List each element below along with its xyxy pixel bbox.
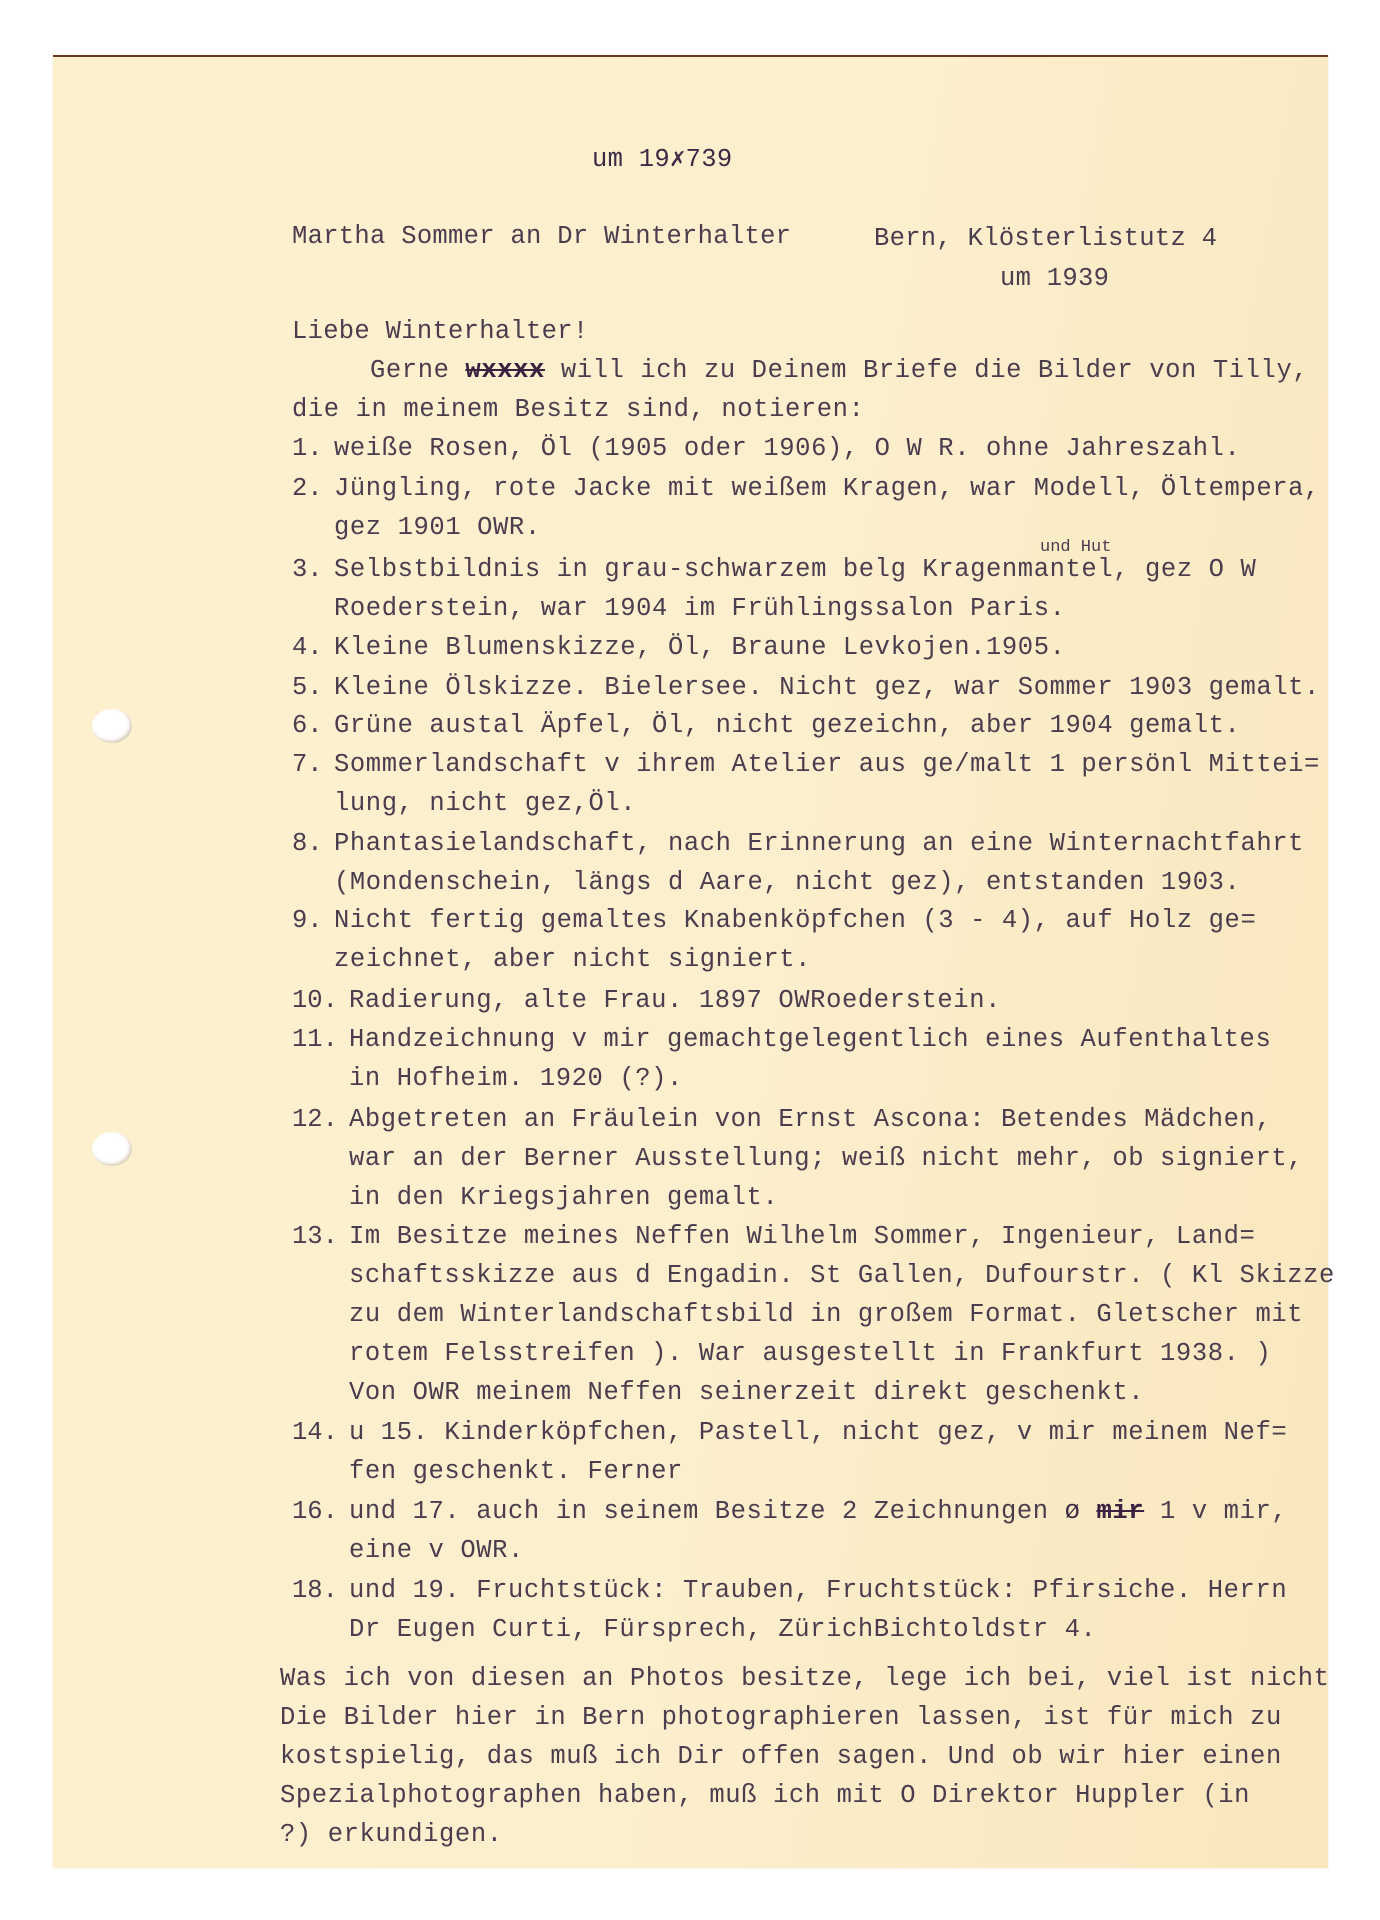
item-9-line-1: Nicht fertig gemaltes Knabenköpfchen (3 … <box>334 906 1256 935</box>
item-18-line-1: und 19. Fruchtstück: Trauben, Fruchtstüc… <box>349 1576 1287 1605</box>
intro-text-b: will ich zu Deinem Briefe die Bilder von… <box>545 356 1308 385</box>
item-number: 9. <box>292 906 323 935</box>
item-5-line-1: Kleine Ölskizze. Bielersee. Nicht gez, w… <box>334 673 1320 702</box>
item-11-line-1: Handzeichnung v mir gemachtgelegentlich … <box>349 1025 1271 1054</box>
item-9-line-2: zeichnet, aber nicht signiert. <box>334 945 811 974</box>
item-7-line-1: Sommerlandschaft v ihrem Atelier aus ge/… <box>334 750 1320 779</box>
item-1-line-1: weiße Rosen, Öl (1905 oder 1906), O W R.… <box>334 434 1240 463</box>
item-14-line-1: u 15. Kinderköpfchen, Pastell, nicht gez… <box>349 1418 1287 1447</box>
closing-line-4: Spezialphotographen haben, muß ich mit O… <box>280 1781 1250 1810</box>
item-7-line-2: lung, nicht gez,Öl. <box>334 789 636 818</box>
item-12-line-3: in den Kriegsjahren gemalt. <box>349 1183 778 1212</box>
item-13-line-2: schaftsskizze aus d Engadin. St Gallen, … <box>349 1261 1335 1290</box>
intro-line-2: die in meinem Besitz sind, notieren: <box>292 395 865 424</box>
item-number: 12. <box>292 1105 338 1134</box>
closing-line-1: Was ich von diesen an Photos besitze, le… <box>280 1664 1330 1693</box>
item-13-line-4: rotem Felsstreifen ). War ausgestellt in… <box>349 1339 1271 1368</box>
item-18-line-2: Dr Eugen Curti, Fürsprech, ZürichBichtol… <box>349 1615 1096 1644</box>
item-12-line-1: Abgetreten an Fräulein von Ernst Ascona:… <box>349 1105 1271 1134</box>
item-4-line-1: Kleine Blumenskizze, Öl, Braune Levkojen… <box>334 633 1066 662</box>
struck-word: mir <box>1096 1497 1144 1526</box>
struck-word: wxxxx <box>465 356 545 385</box>
item-8-line-1: Phantasielandschaft, nach Erinnerung an … <box>334 829 1304 858</box>
struck-character: ø <box>1065 1497 1081 1526</box>
item-number: 2. <box>292 474 323 503</box>
salutation: Liebe Winterhalter! <box>292 317 588 346</box>
item-number: 4. <box>292 633 323 662</box>
item-number: 1. <box>292 434 323 463</box>
item-14-line-2: fen geschenkt. Ferner <box>349 1457 683 1486</box>
item-number: 5. <box>292 673 323 702</box>
item-number: 16. <box>292 1497 338 1526</box>
item-16-text-a: und 17. auch in seinem Besitze 2 Zeichnu… <box>349 1497 1065 1526</box>
item-8-line-2: (Mondenschein, längs d Aare, nicht gez),… <box>334 868 1240 897</box>
item-number: 13. <box>292 1222 338 1251</box>
item-13-line-3: zu dem Winterlandschaftsbild in großem F… <box>349 1300 1303 1329</box>
item-number: 10. <box>292 986 338 1015</box>
item-number: 7. <box>292 750 323 779</box>
header-date: um 19✗739 <box>592 143 732 174</box>
punch-hole-bottom <box>92 1132 132 1166</box>
item-13-line-5: Von OWR meinem Neffen seinerzeit direkt … <box>349 1378 1144 1407</box>
item-6-line-1: Grüne austal Äpfel, Öl, nicht gezeichn, … <box>334 711 1240 740</box>
item-11-line-2: in Hofheim. 1920 (?). <box>349 1064 683 1093</box>
item-13-line-1: Im Besitze meines Neffen Wilhelm Sommer,… <box>349 1222 1255 1251</box>
item-number: 18. <box>292 1576 338 1605</box>
item-12-line-2: war an der Berner Ausstellung; weiß nich… <box>349 1144 1303 1173</box>
intro-text-a: Gerne <box>370 356 465 385</box>
punch-hole-top <box>92 709 132 743</box>
item-16-line-2: eine v OWR. <box>349 1536 524 1565</box>
item-10-line-1: Radierung, alte Frau. 1897 OWRoederstein… <box>349 986 1001 1015</box>
closing-line-2: Die Bilder hier in Bern photographieren … <box>280 1703 1282 1732</box>
address: Bern, Klösterlistutz 4 <box>874 224 1217 253</box>
closing-line-3: kostspielig, das muß ich Dir offen sagen… <box>280 1742 1282 1771</box>
item-number: 8. <box>292 829 323 858</box>
date: um 1939 <box>1000 264 1109 293</box>
item-number: 14. <box>292 1418 338 1447</box>
item-2-line-1: Jüngling, rote Jacke mit weißem Kragen, … <box>334 474 1320 503</box>
item-number: 6. <box>292 711 323 740</box>
sender-recipient: Martha Sommer an Dr Winterhalter <box>292 222 791 251</box>
item-16-text-c: 1 v mir, <box>1144 1497 1287 1526</box>
intro-line-1: Gerne wxxxx will ich zu Deinem Briefe di… <box>370 356 1308 385</box>
item-2-line-2: gez 1901 OWR. <box>334 513 541 542</box>
item-16-line-1: und 17. auch in seinem Besitze 2 Zeichnu… <box>349 1497 1287 1526</box>
item-3-line-2: Roederstein, war 1904 im Frühlingssalon … <box>334 594 1066 623</box>
item-number: 3. <box>292 555 323 584</box>
item-3-line-1: Selbstbildnis in grau-schwarzem belg Kra… <box>334 555 1256 584</box>
closing-line-5: ?) erkundigen. <box>280 1820 503 1849</box>
item-number: 11. <box>292 1025 338 1054</box>
